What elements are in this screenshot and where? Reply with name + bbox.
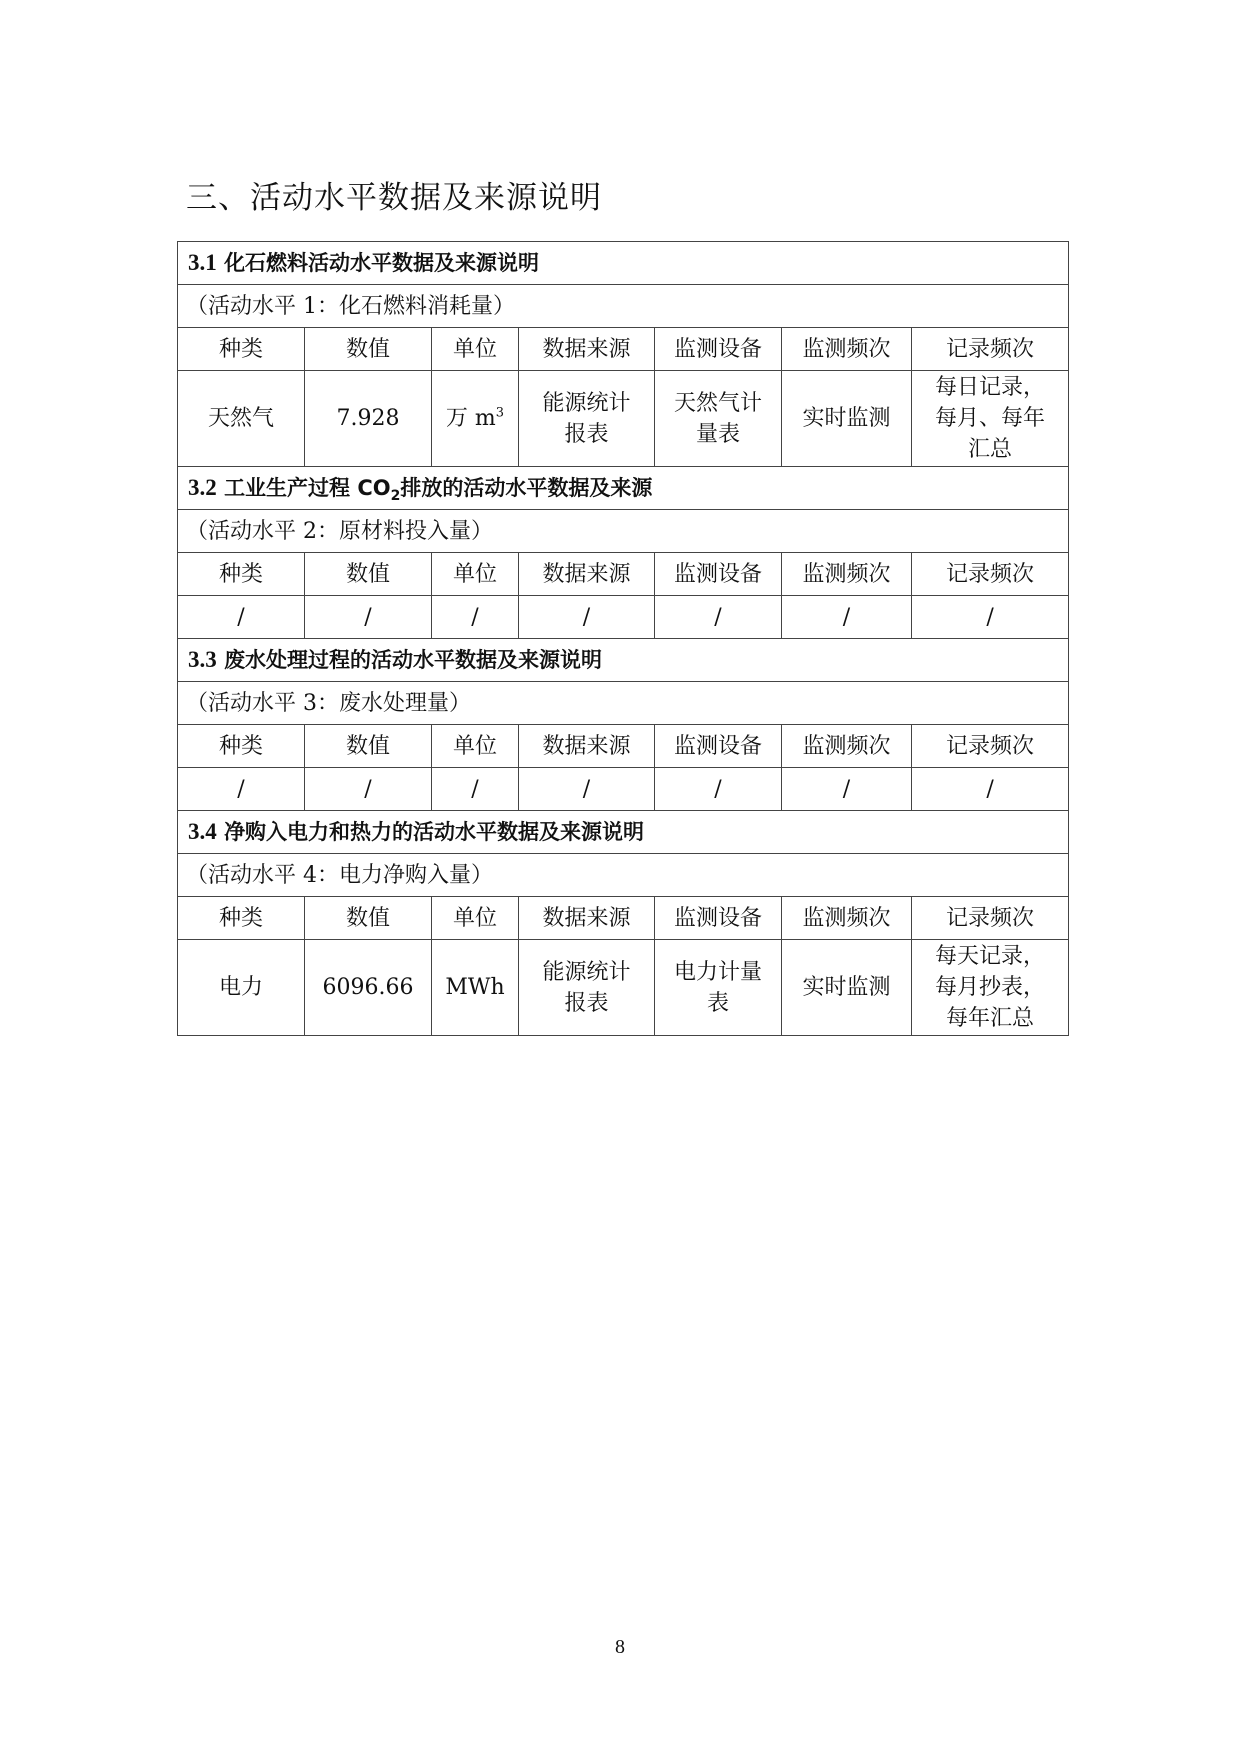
section-title-row: 3.1 化石燃料活动水平数据及来源说明	[178, 242, 1069, 285]
col-unit: 单位	[432, 725, 519, 768]
table-row: / / / / / / /	[178, 768, 1069, 811]
table-row: / / / / / / /	[178, 596, 1069, 639]
col-source: 数据来源	[519, 897, 655, 940]
col-unit: 单位	[432, 897, 519, 940]
cell-value: 6096.66	[305, 940, 432, 1036]
activity-label-row: （活动水平 4：电力净购入量）	[178, 854, 1069, 897]
col-monitor-freq: 监测频次	[782, 897, 912, 940]
col-record-freq: 记录频次	[912, 328, 1069, 371]
cell-source: 能源统计 报表	[519, 940, 655, 1036]
section-title-row: 3.2 工业生产过程 CO2排放的活动水平数据及来源	[178, 467, 1069, 510]
column-header-row: 种类 数值 单位 数据来源 监测设备 监测频次 记录频次	[178, 897, 1069, 940]
col-device: 监测设备	[655, 725, 782, 768]
section-title-3-2: 3.2 工业生产过程 CO2排放的活动水平数据及来源	[178, 467, 1069, 510]
col-value: 数值	[305, 553, 432, 596]
col-kind: 种类	[178, 897, 305, 940]
column-header-row: 种类 数值 单位 数据来源 监测设备 监测频次 记录频次	[178, 328, 1069, 371]
cell-unit: 万 m3	[432, 371, 519, 467]
activity-label-row: （活动水平 1：化石燃料消耗量）	[178, 285, 1069, 328]
cell-value: 7.928	[305, 371, 432, 467]
col-monitor-freq: 监测频次	[782, 725, 912, 768]
col-value: 数值	[305, 725, 432, 768]
cell-record-freq: /	[912, 596, 1069, 639]
col-kind: 种类	[178, 725, 305, 768]
col-unit: 单位	[432, 553, 519, 596]
section-title-3-4: 3.4 净购入电力和热力的活动水平数据及来源说明	[178, 811, 1069, 854]
cell-source: 能源统计 报表	[519, 371, 655, 467]
section-title-3-1: 3.1 化石燃料活动水平数据及来源说明	[178, 242, 1069, 285]
section-title-row: 3.4 净购入电力和热力的活动水平数据及来源说明	[178, 811, 1069, 854]
col-source: 数据来源	[519, 328, 655, 371]
col-device: 监测设备	[655, 328, 782, 371]
col-device: 监测设备	[655, 553, 782, 596]
cell-unit: /	[432, 768, 519, 811]
cell-kind: /	[178, 596, 305, 639]
col-device: 监测设备	[655, 897, 782, 940]
col-monitor-freq: 监测频次	[782, 328, 912, 371]
col-unit: 单位	[432, 328, 519, 371]
column-header-row: 种类 数值 单位 数据来源 监测设备 监测频次 记录频次	[178, 725, 1069, 768]
cell-device: 天然气计 量表	[655, 371, 782, 467]
section-title-3-3: 3.3 废水处理过程的活动水平数据及来源说明	[178, 639, 1069, 682]
activity-data-table: 3.1 化石燃料活动水平数据及来源说明 （活动水平 1：化石燃料消耗量） 种类 …	[177, 241, 1069, 1036]
cell-kind: 电力	[178, 940, 305, 1036]
cell-record-freq: /	[912, 768, 1069, 811]
col-record-freq: 记录频次	[912, 897, 1069, 940]
activity-label-row: （活动水平 3：废水处理量）	[178, 682, 1069, 725]
cell-value: /	[305, 768, 432, 811]
section-heading: 三、活动水平数据及来源说明	[186, 172, 602, 217]
cell-device: /	[655, 596, 782, 639]
activity-label-1: （活动水平 1：化石燃料消耗量）	[178, 285, 1069, 328]
cell-value: /	[305, 596, 432, 639]
cell-monitor-freq: 实时监测	[782, 371, 912, 467]
cell-monitor-freq: 实时监测	[782, 940, 912, 1036]
cell-source: /	[519, 768, 655, 811]
column-header-row: 种类 数值 单位 数据来源 监测设备 监测频次 记录频次	[178, 553, 1069, 596]
section-title-row: 3.3 废水处理过程的活动水平数据及来源说明	[178, 639, 1069, 682]
activity-label-4: （活动水平 4：电力净购入量）	[178, 854, 1069, 897]
table-row: 天然气 7.928 万 m3 能源统计 报表 天然气计 量表 实时监测 每日记录…	[178, 371, 1069, 467]
cell-monitor-freq: /	[782, 768, 912, 811]
cell-source: /	[519, 596, 655, 639]
page-number: 8	[0, 1636, 1240, 1659]
col-monitor-freq: 监测频次	[782, 553, 912, 596]
col-value: 数值	[305, 897, 432, 940]
col-kind: 种类	[178, 553, 305, 596]
cell-device: /	[655, 768, 782, 811]
table-row: 电力 6096.66 MWh 能源统计 报表 电力计量 表 实时监测 每天记录，…	[178, 940, 1069, 1036]
col-source: 数据来源	[519, 553, 655, 596]
col-record-freq: 记录频次	[912, 725, 1069, 768]
activity-label-3: （活动水平 3：废水处理量）	[178, 682, 1069, 725]
col-record-freq: 记录频次	[912, 553, 1069, 596]
col-kind: 种类	[178, 328, 305, 371]
col-value: 数值	[305, 328, 432, 371]
cell-monitor-freq: /	[782, 596, 912, 639]
cell-unit: MWh	[432, 940, 519, 1036]
activity-label-2: （活动水平 2：原材料投入量）	[178, 510, 1069, 553]
col-source: 数据来源	[519, 725, 655, 768]
cell-kind: 天然气	[178, 371, 305, 467]
cell-record-freq: 每日记录， 每月、每年 汇总	[912, 371, 1069, 467]
cell-device: 电力计量 表	[655, 940, 782, 1036]
cell-record-freq: 每天记录， 每月抄表， 每年汇总	[912, 940, 1069, 1036]
cell-kind: /	[178, 768, 305, 811]
activity-label-row: （活动水平 2：原材料投入量）	[178, 510, 1069, 553]
cell-unit: /	[432, 596, 519, 639]
